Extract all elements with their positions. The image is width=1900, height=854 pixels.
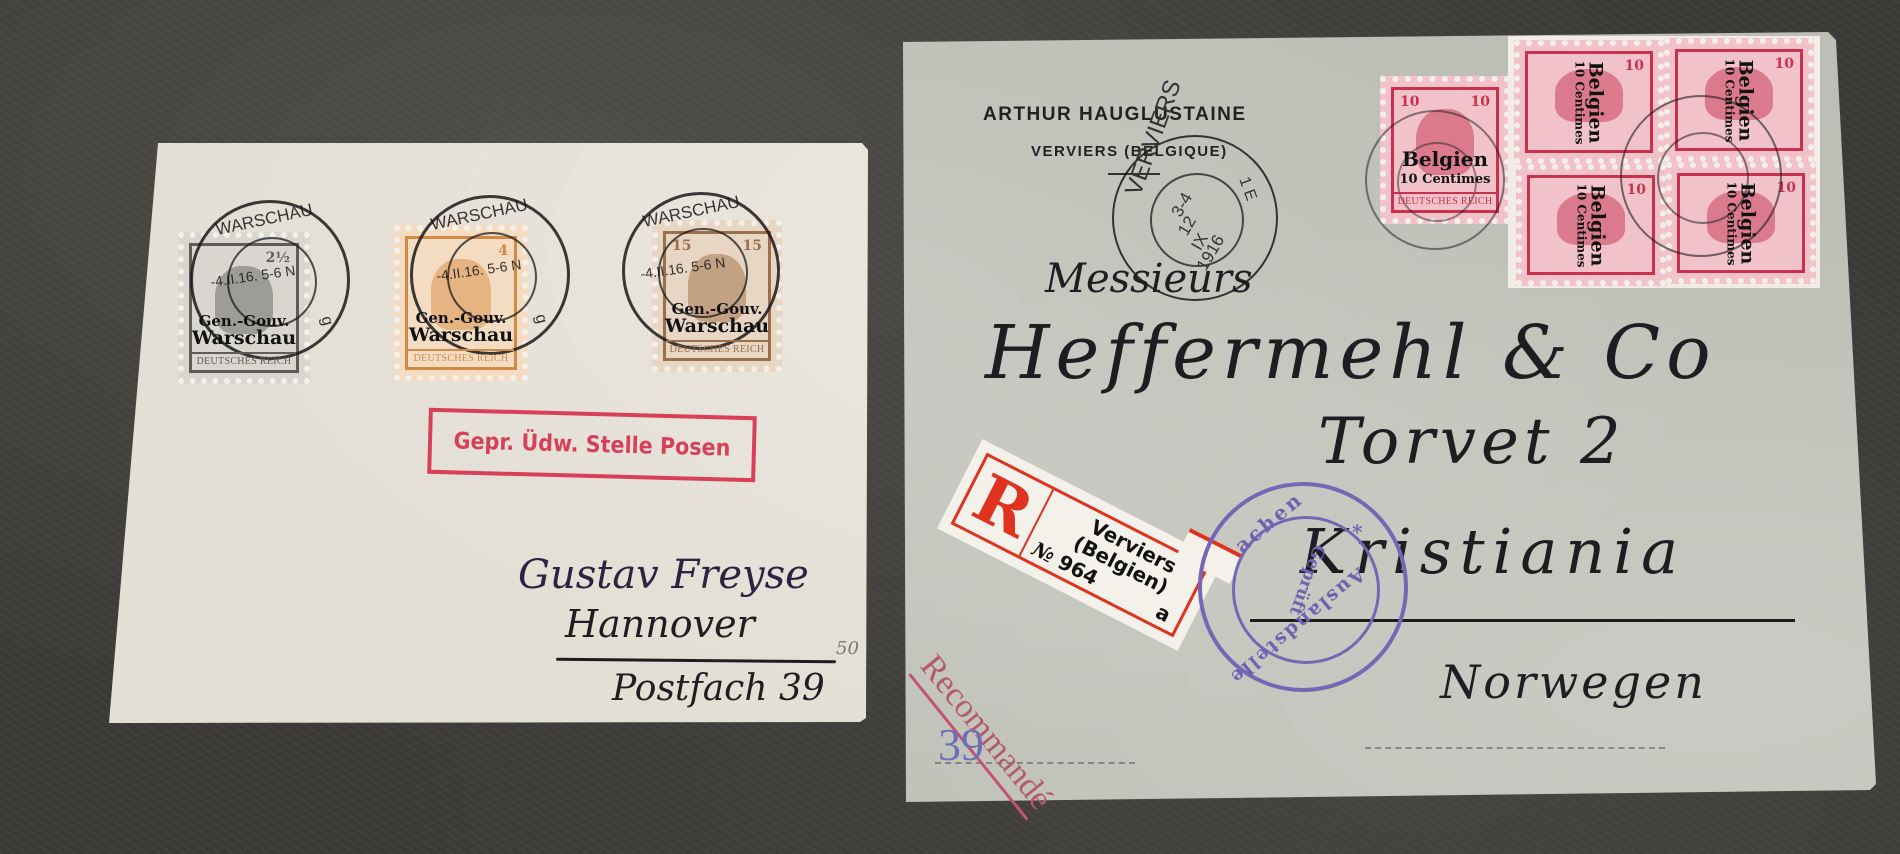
address-guideline — [1365, 747, 1665, 749]
overprint-line1: Belgien — [1587, 183, 1606, 267]
overprint-line2: Warschau — [192, 329, 296, 348]
overprint-line2: 10 Centimes — [1723, 58, 1735, 142]
letterhead-name: ARTHUR HAUGLUSTAINE — [983, 104, 1247, 126]
censor-box-posen: Gepr. Üdw. Stelle Posen — [427, 408, 757, 483]
overprint-line1: Belgien — [1585, 60, 1604, 144]
stamp-value: 10 — [1400, 94, 1419, 110]
registration-suffix: a — [1152, 600, 1175, 628]
address-name: Gustav Freyse — [518, 552, 809, 598]
overprint-line1: Belgien — [1735, 58, 1754, 142]
stamp-value: 10 — [1471, 94, 1490, 110]
stamp-inscription: DEUTSCHES REICH — [192, 352, 296, 370]
stamp-value: 10 — [1775, 56, 1794, 72]
address-street: Torvet 2 — [1318, 405, 1626, 479]
address-company: Heffermehl & Co — [985, 310, 1717, 396]
stamp-inscription: DEUTSCHES REICH — [1394, 192, 1496, 210]
address-street: Postfach 39 — [612, 668, 825, 709]
address-city: Hannover — [565, 602, 755, 646]
stamp-inscription: DEUTSCHES REICH — [408, 349, 514, 367]
stamp-inscription: DEUTSCHES REICH — [666, 340, 768, 358]
overprint-line1: Belgien — [1400, 149, 1491, 169]
stamp-value: 10 — [1625, 58, 1644, 74]
overprint-line2: Warschau — [409, 326, 513, 345]
address-country: Norwegen — [1440, 655, 1707, 709]
address-salutation: Messieurs — [1045, 256, 1253, 302]
overprint-line2: 10 Centimes — [1573, 60, 1585, 144]
censor-star: * — [1352, 520, 1362, 544]
pencil-note: 50 — [836, 638, 859, 659]
overprint-line2: 10 Centimes — [1725, 181, 1737, 265]
overprint-line2: 10 Centimes — [1575, 183, 1587, 267]
censor-box-text: Gepr. Üdw. Stelle Posen — [453, 428, 730, 461]
overprint-line2: 10 Centimes — [1400, 173, 1491, 186]
registration-number-prefix: № — [1028, 537, 1058, 568]
blue-number: 39 — [938, 718, 984, 771]
overprint-line2: Warschau — [665, 317, 769, 336]
overprint-line1: Belgien — [1737, 181, 1756, 265]
